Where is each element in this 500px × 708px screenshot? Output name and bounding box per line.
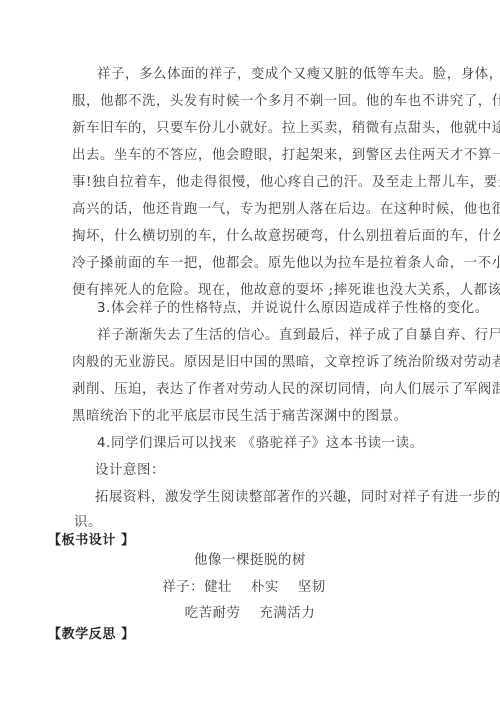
paragraph1-line: 便有摔死人的危险。现在，他故意的耍坏 ;摔死谁也没大关系，人都该死 ! bbox=[72, 283, 432, 299]
answer3-line: 祥子渐渐失去了生活的信心。直到最后，祥子成了自暴自弃、行尸走 bbox=[97, 328, 422, 344]
design-intent-label: 设计意图： bbox=[95, 463, 165, 479]
board-design-heading: 【板书设计 】 bbox=[48, 533, 135, 549]
paragraph1-line: 高兴的话，他还肯跑一气，专为把别人落在后边。在这种时候，他也很会 bbox=[72, 202, 424, 218]
reflection-heading: 【教学反思 】 bbox=[48, 627, 135, 643]
board-design-line2: 吃苦耐劳 充满活力 bbox=[0, 606, 500, 622]
paragraph1-line: 掏坏，什么横切别的车，什么故意拐硬弯，什么别扭着后面的车，什么抽 bbox=[72, 229, 424, 245]
question-4: 4.同学们课后可以找来 《骆驼祥子》这本书读一读。 bbox=[97, 436, 424, 452]
question-3: 3.体会祥子的性格特点，并说说什么原因造成祥子性格的变化。 bbox=[97, 301, 489, 317]
paragraph1-line: 出去。坐车的不答应，他会瞪眼，打起架来，到警区去住两天才不算一回 bbox=[72, 148, 424, 164]
paragraph1-line: 服，他都不洗，头发有时候一个多月不剃一回。他的车也不讲究了，什么 bbox=[72, 94, 424, 110]
board-design-line1: 祥子：健壮 朴实 坚韧 bbox=[0, 580, 494, 596]
paragraph1-line: 祥子，多么体面的祥子，变成个又瘦又脏的低等车夫。脸，身体，衣 bbox=[97, 67, 424, 83]
answer3-line: 剥削、压迫，表达了作者对劳动人民的深切同情，向人们展示了军阀混战、 bbox=[72, 382, 424, 398]
board-design-title: 他像一棵挺脱的树 bbox=[0, 553, 500, 569]
answer3-line: 肉般的无业游民。原因是旧中国的黑暗，文章控诉了统治阶级对劳动者的 bbox=[72, 355, 424, 371]
paragraph1-line: 冷子搡前面的车一把，他都会。原先他以为拉车是拉着条人命，一不小心 bbox=[72, 256, 424, 272]
paragraph1-line: 新车旧车的，只要车份儿小就好。拉上买卖，稍微有点甜头，他就中途倒 bbox=[72, 121, 424, 137]
design-intent-line: 拓展资料，激发学生阅读整部著作的兴趣，同时对祥子有进一步的认 bbox=[95, 490, 425, 506]
paragraph1-line: 事!独自拉着车，他走得很慢，他心疼自己的汗。及至走上帮儿车，要是 bbox=[72, 175, 424, 191]
answer3-line: 黑暗统治下的北平底层市民生活于痛苦深渊中的图景。 bbox=[72, 409, 424, 425]
design-intent-line: 识。 bbox=[74, 515, 102, 531]
